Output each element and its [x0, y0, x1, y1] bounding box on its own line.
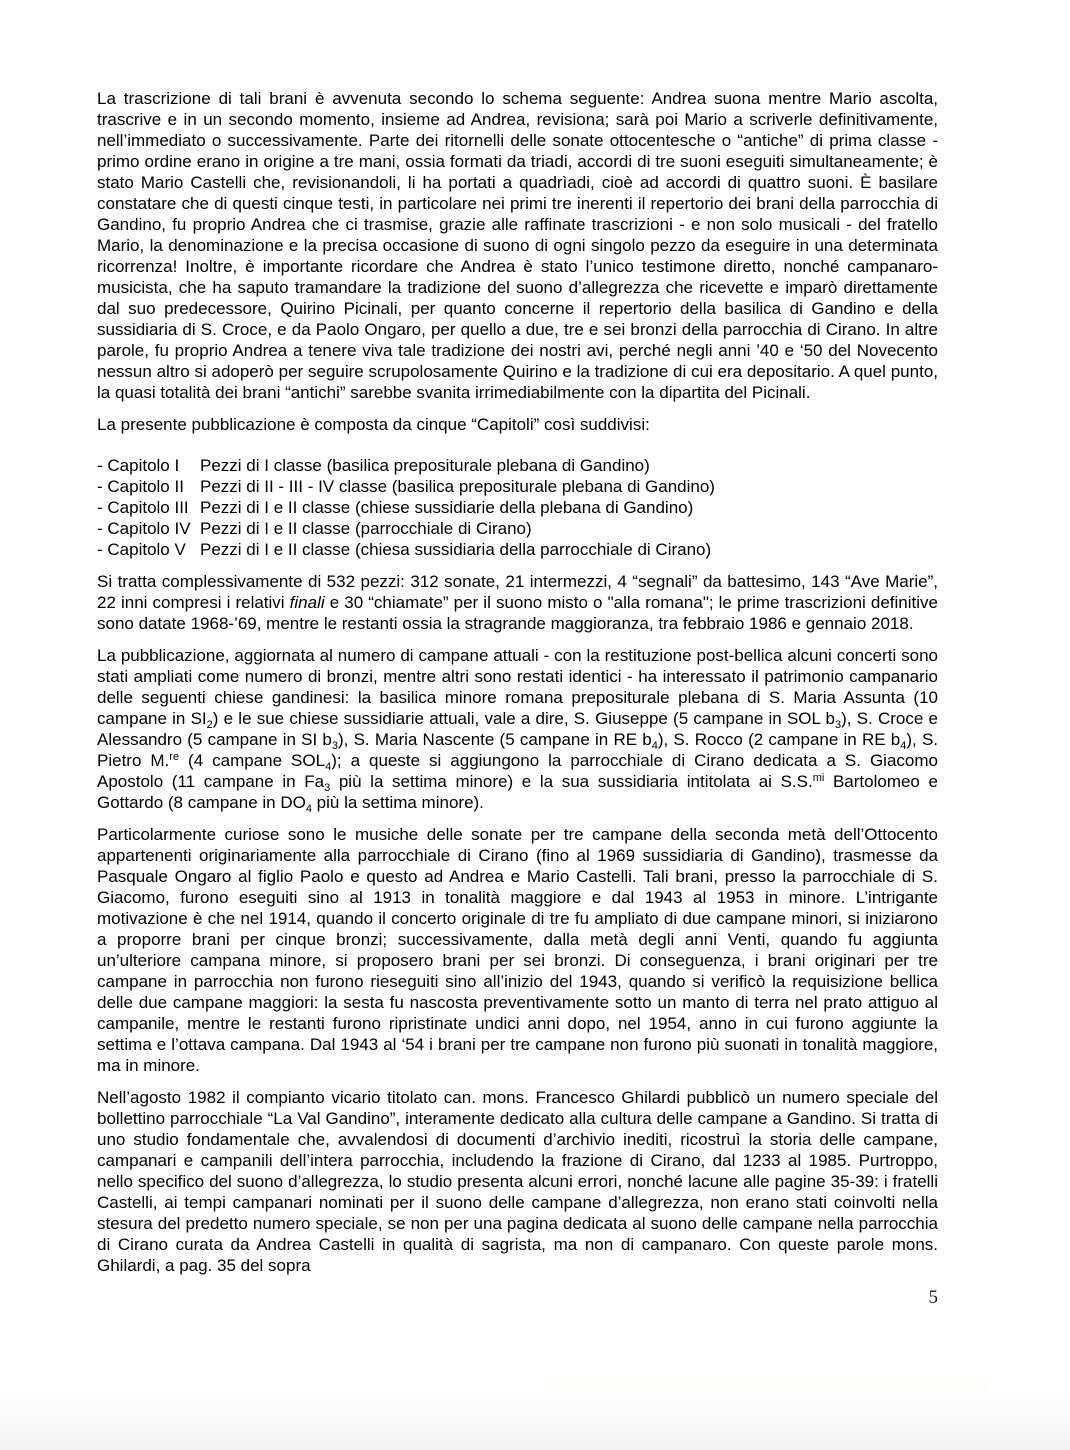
chapter-description: Pezzi di I e II classe (chiese sussidiar… — [200, 497, 938, 518]
paragraph-transcription-scheme: La trascrizione di tali brani è avvenuta… — [97, 88, 938, 403]
page-bottom-shade — [0, 1392, 1070, 1450]
document-page: La trascrizione di tali brani è avvenuta… — [0, 0, 1070, 1450]
chapter-description: Pezzi di I e II classe (chiesa sussidiar… — [200, 539, 938, 560]
chapter-item-1: - Capitolo I Pezzi di I classe (basilica… — [97, 455, 938, 476]
page-content: La trascrizione di tali brani è avvenuta… — [97, 88, 938, 1308]
page-number: 5 — [97, 1287, 938, 1308]
paragraph-ghilardi-bulletin: Nell’agosto 1982 il compianto vicario ti… — [97, 1087, 938, 1276]
chapter-description: Pezzi di II - III - IV classe (basilica … — [200, 476, 938, 497]
chapter-label: - Capitolo V — [97, 539, 200, 560]
paragraph-publication-intro: La presente pubblicazione è composta da … — [97, 414, 938, 435]
chapter-item-5: - Capitolo V Pezzi di I e II classe (chi… — [97, 539, 938, 560]
paragraph-churches-bells: La pubblicazione, aggiornata al numero d… — [97, 645, 938, 813]
chapter-label: - Capitolo III — [97, 497, 200, 518]
chapter-description: Pezzi di I e II classe (parrocchiale di … — [200, 518, 938, 539]
chapter-item-4: - Capitolo IV Pezzi di I e II classe (pa… — [97, 518, 938, 539]
chapter-item-2: - Capitolo II Pezzi di II - III - IV cla… — [97, 476, 938, 497]
chapter-list: - Capitolo I Pezzi di I classe (basilica… — [97, 455, 938, 560]
chapter-label: - Capitolo II — [97, 476, 200, 497]
chapter-item-3: - Capitolo III Pezzi di I e II classe (c… — [97, 497, 938, 518]
chapter-label: - Capitolo I — [97, 455, 200, 476]
chapter-label: - Capitolo IV — [97, 518, 200, 539]
chapter-description: Pezzi di I classe (basilica prepositural… — [200, 455, 938, 476]
paragraph-cirano-history: Particolarmente curiose sono le musiche … — [97, 824, 938, 1076]
paragraph-piece-counts: Si tratta complessivamente di 532 pezzi:… — [97, 571, 938, 634]
